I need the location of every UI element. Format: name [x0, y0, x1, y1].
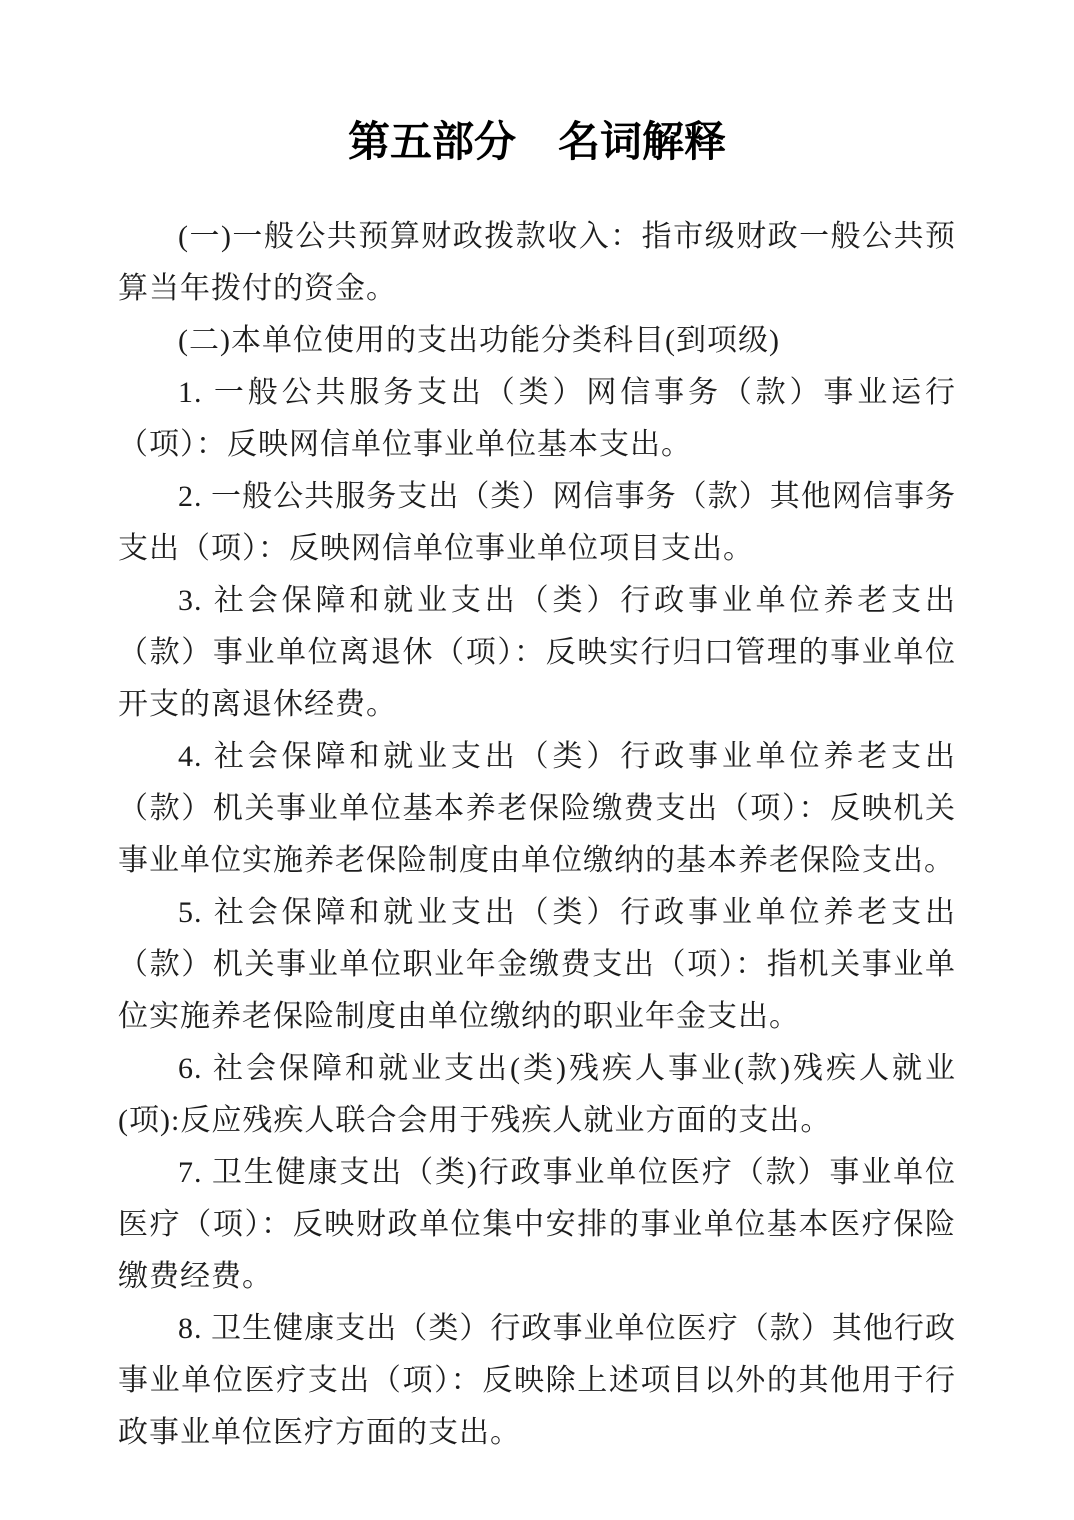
glossary-item-4: 4. 社会保障和就业支出（类）行政事业单位养老支出（款）机关事业单位基本养老保险…: [118, 731, 956, 887]
page-title: 第五部分 名词解释: [0, 112, 1074, 172]
glossary-item-6: 6. 社会保障和就业支出(类)残疾人事业(款)残疾人就业(项):反应残疾人联合会…: [118, 1043, 956, 1147]
glossary-item-2: 2. 一般公共服务支出（类）网信事务（款）其他网信事务支出（项）：反映网信单位事…: [118, 471, 956, 575]
glossary-body: (一)一般公共预算财政拨款收入：指市级财政一般公共预算当年拨付的资金。 (二)本…: [118, 211, 956, 1459]
glossary-paragraph-general-budget-income: (一)一般公共预算财政拨款收入：指市级财政一般公共预算当年拨付的资金。: [118, 211, 956, 315]
document-page: 第五部分 名词解释 (一)一般公共预算财政拨款收入：指市级财政一般公共预算当年拨…: [0, 0, 1074, 1520]
glossary-item-8: 8. 卫生健康支出（类）行政事业单位医疗（款）其他行政事业单位医疗支出（项）：反…: [118, 1303, 956, 1459]
glossary-paragraph-function-classification: (二)本单位使用的支出功能分类科目(到项级): [118, 315, 956, 367]
glossary-item-3: 3. 社会保障和就业支出（类）行政事业单位养老支出（款）事业单位离退休（项）：反…: [118, 575, 956, 731]
glossary-item-5: 5. 社会保障和就业支出（类）行政事业单位养老支出（款）机关事业单位职业年金缴费…: [118, 887, 956, 1043]
glossary-item-1: 1. 一般公共服务支出（类）网信事务（款）事业运行（项）：反映网信单位事业单位基…: [118, 367, 956, 471]
glossary-item-7: 7. 卫生健康支出（类)行政事业单位医疗（款）事业单位医疗（项）：反映财政单位集…: [118, 1147, 956, 1303]
